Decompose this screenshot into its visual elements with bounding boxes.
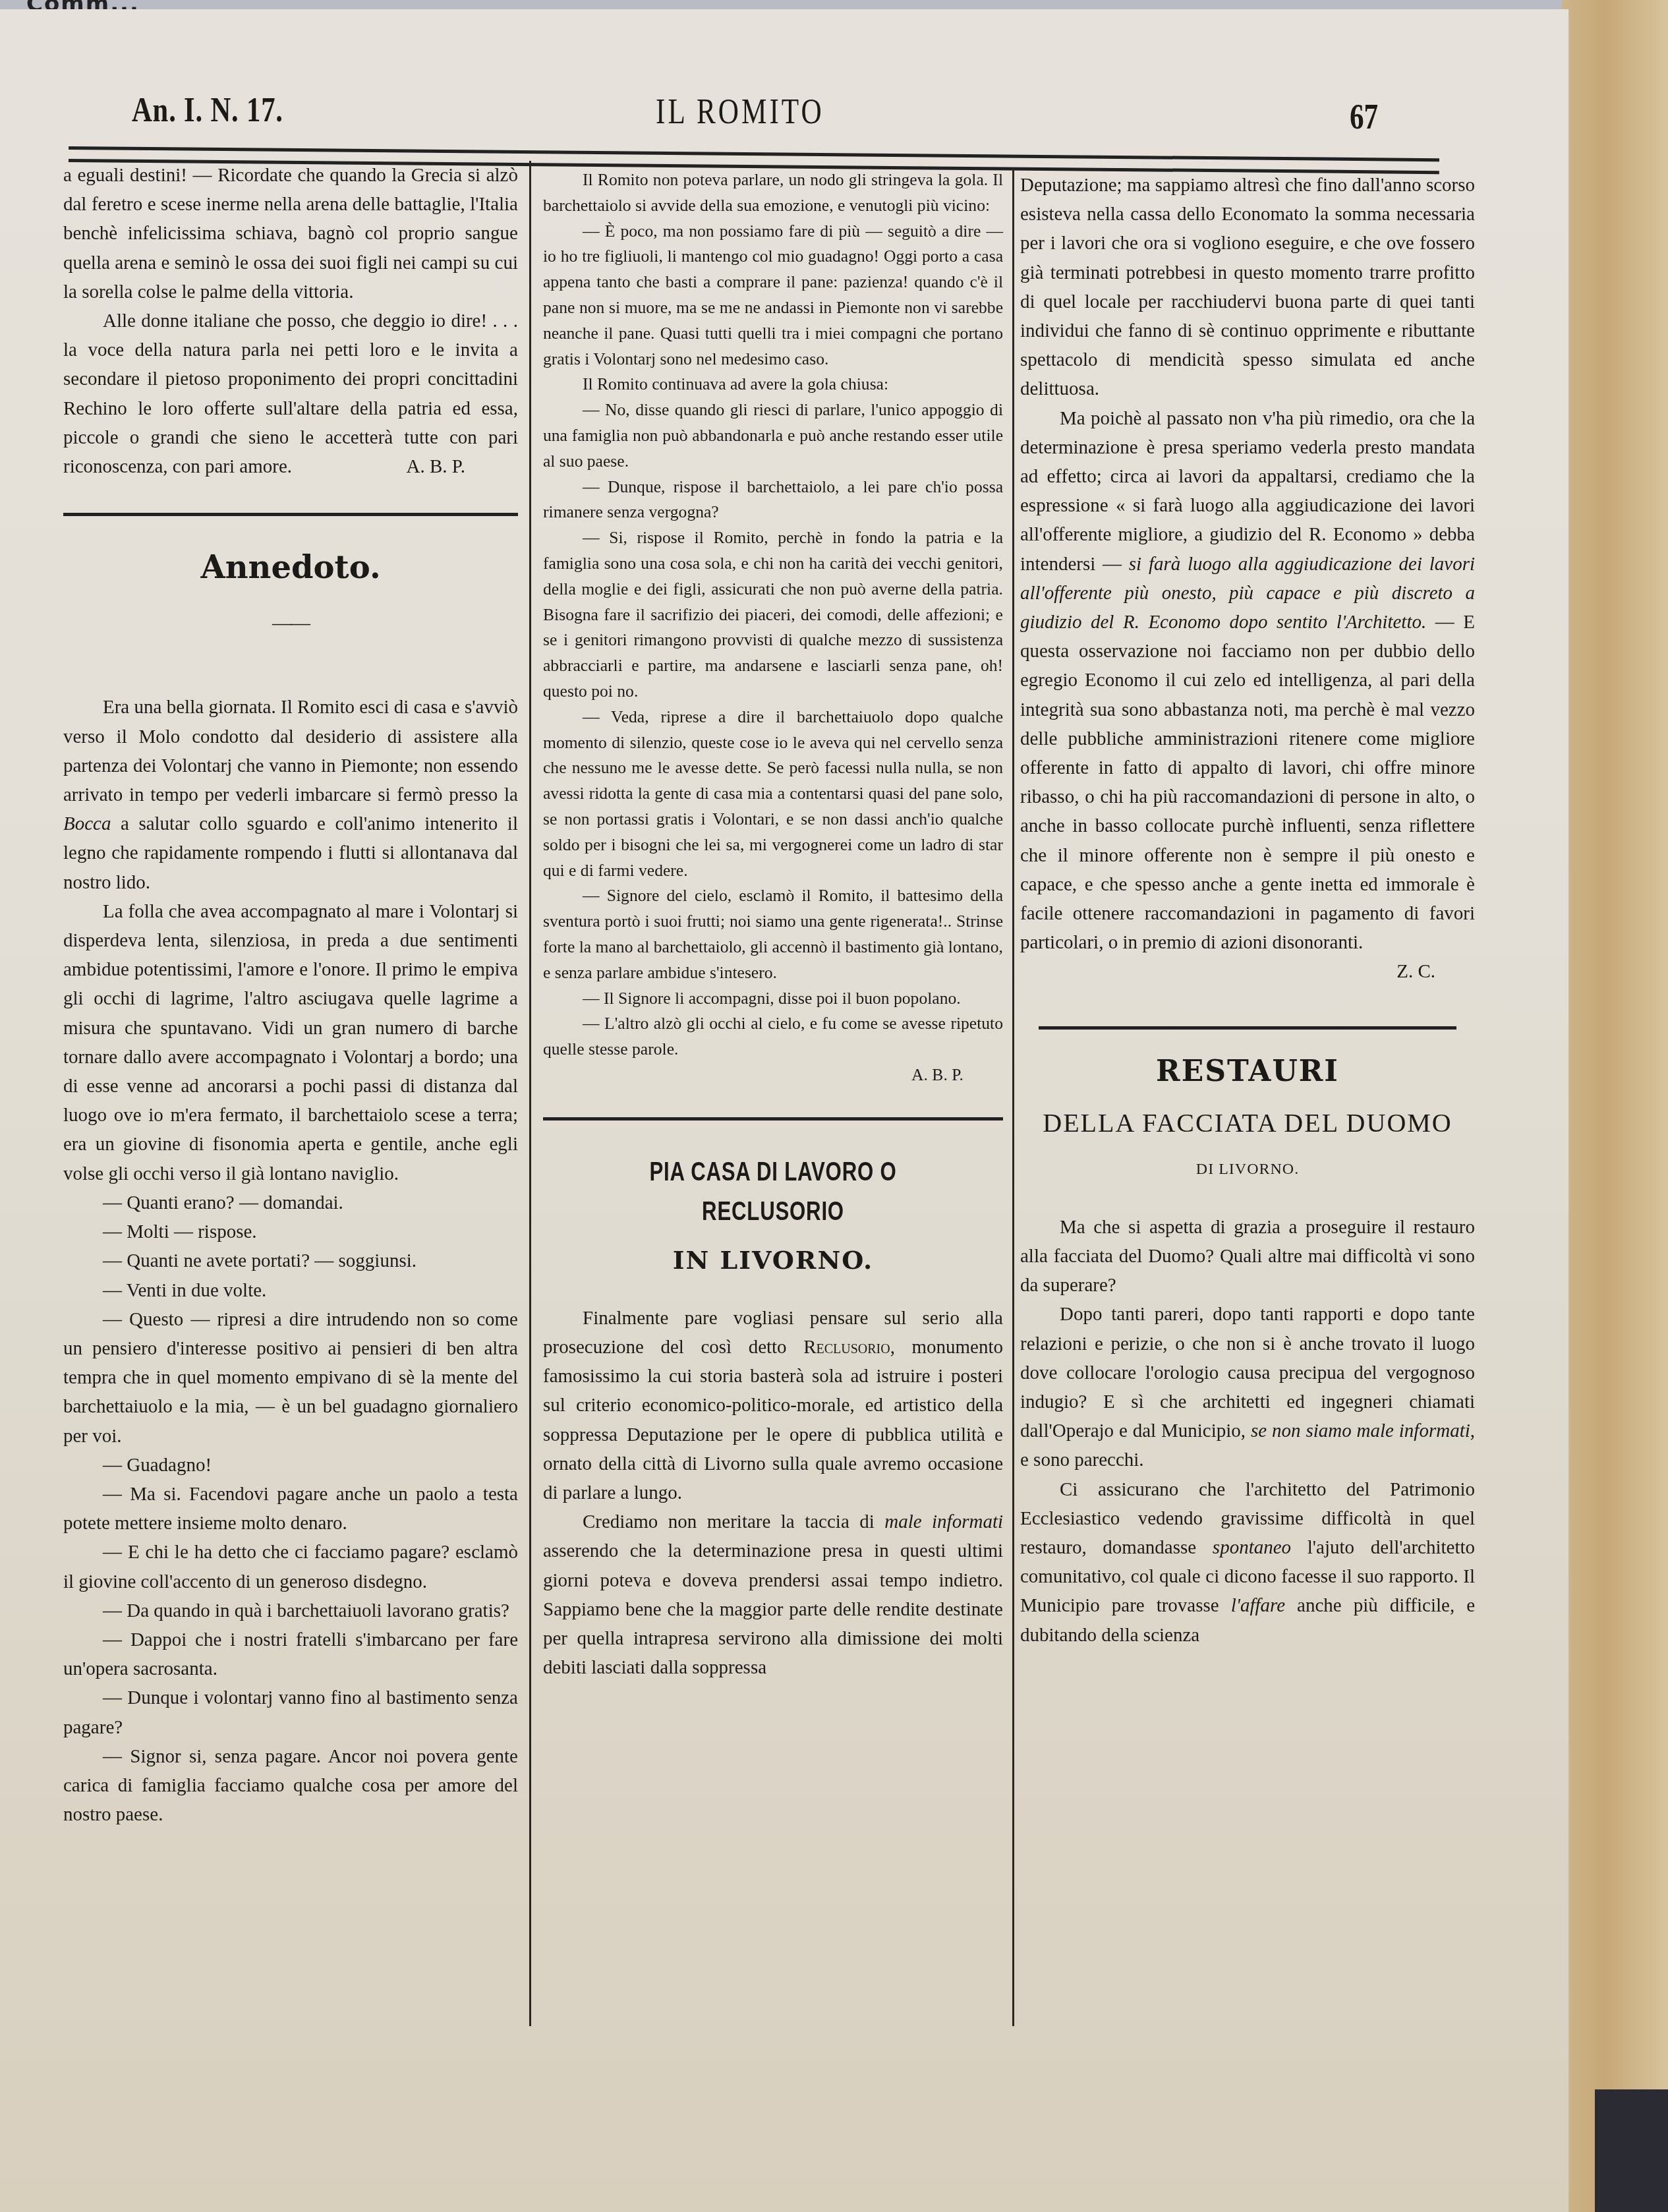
dialogue-line: — Guadagno! xyxy=(63,1451,518,1480)
paragraph: Dopo tanti pareri, dopo tanti rapporti e… xyxy=(1020,1300,1475,1474)
dialogue-line: — Ma si. Facendovi pagare anche un paolo… xyxy=(63,1480,518,1538)
paragraph: Il Romito continuava ad avere la gola ch… xyxy=(543,372,1003,397)
dialogue-line: — Da quando in quà i barchettaiuoli lavo… xyxy=(63,1596,518,1625)
paragraph: Il Romito non poteva parlare, un nodo gl… xyxy=(543,167,1003,219)
newspaper-page: An. I. N. 17. IL ROMITO 67 a eguali dest… xyxy=(0,9,1570,2212)
paragraph: Ma poichè al passato non v'ha più rimedi… xyxy=(1020,404,1475,958)
masthead: An. I. N. 17. IL ROMITO 67 xyxy=(0,82,1476,128)
section-divider xyxy=(63,513,518,516)
article-title-restauri: RESTAURI xyxy=(1020,1053,1475,1090)
backdrop-right xyxy=(1562,0,1668,2212)
article-subtitle-livorno: IN LIVORNO. xyxy=(543,1243,1003,1277)
paragraph: Finalmente pare vogliasi pensare sul ser… xyxy=(543,1304,1003,1507)
dialogue-line: — Signor si, senza pagare. Ancor noi pov… xyxy=(63,1742,518,1830)
backdrop-dark-corner xyxy=(1595,2089,1668,2212)
italic-word: Bocca xyxy=(63,813,111,834)
article-subtitle-facciata: DELLA FACCIATA DEL DUOMO xyxy=(1020,1105,1475,1142)
paragraph: Era una bella giornata. Il Romito esci d… xyxy=(63,693,518,896)
dialogue-line: — Quanti erano? — domandai. xyxy=(63,1188,518,1217)
issue-number: An. I. N. 17. xyxy=(132,91,283,130)
signature: A. B. P. xyxy=(543,1062,1003,1088)
article-subtitle-di-livorno: DI LIVORNO. xyxy=(1020,1156,1475,1182)
column-2: Il Romito non poteva parlare, un nodo gl… xyxy=(543,167,1003,1682)
article-title-annedoto: Annedoto. xyxy=(63,548,518,587)
newspaper-title: IL ROMITO xyxy=(656,91,824,132)
ornament-dash: —— xyxy=(63,614,518,633)
dialogue-line: — Signore del cielo, esclamò il Romito, … xyxy=(543,883,1003,985)
paragraph: Ma che si aspetta di grazia a proseguire… xyxy=(1020,1213,1475,1300)
paragraph: Deputazione; ma sappiamo altresì che fin… xyxy=(1020,171,1475,404)
italic-phrase: male informati xyxy=(884,1511,1003,1532)
dialogue-line: — Questo — ripresi a dire intrudendo non… xyxy=(63,1305,518,1451)
dialogue-line: — Dappoi che i nostri fratelli s'imbarca… xyxy=(63,1625,518,1683)
column-divider-2 xyxy=(1012,167,1014,2026)
paragraph: Crediamo non meritare la taccia di male … xyxy=(543,1507,1003,1682)
column-1: a eguali destini! — Ricordate che quando… xyxy=(63,161,518,1829)
italic-word: spontaneo xyxy=(1213,1537,1291,1558)
dialogue-line: — Quanti ne avete portati? — soggiunsi. xyxy=(63,1246,518,1275)
dialogue-line: — No, disse quando gli riesci di parlare… xyxy=(543,397,1003,474)
section-divider xyxy=(1039,1026,1457,1030)
page-number: 67 xyxy=(1350,96,1378,137)
italic-phrase: se non siamo male informati xyxy=(1251,1420,1470,1441)
dialogue-line: — È poco, ma non possiamo fare di più — … xyxy=(543,219,1003,372)
column-3: Deputazione; ma sappiamo altresì che fin… xyxy=(1020,171,1475,1650)
dialogue-line: — Dunque i volontarj vanno fino al basti… xyxy=(63,1683,518,1741)
dialogue-line: — Dunque, rispose il barchettaiolo, a le… xyxy=(543,475,1003,526)
signature: Z. C. xyxy=(1020,957,1475,986)
dialogue-line: — Si, rispose il Romito, perchè in fondo… xyxy=(543,525,1003,705)
section-divider xyxy=(543,1117,1003,1121)
dialogue-line: — Molti — rispose. xyxy=(63,1217,518,1246)
dialogue-line: — Il Signore li accompagni, disse poi il… xyxy=(543,986,1003,1012)
article-title-reclusorio: PIA CASA DI LAVORO O RECLUSORIO xyxy=(594,1152,952,1231)
dialogue-line: — L'altro alzò gli occhi al cielo, e fu … xyxy=(543,1011,1003,1062)
paragraph: La folla che avea accompagnato al mare i… xyxy=(63,897,518,1188)
paragraph: Ci assicurano che l'architetto del Patri… xyxy=(1020,1475,1475,1650)
column-divider-1 xyxy=(529,161,531,2026)
article-body: Finalmente pare vogliasi pensare sul ser… xyxy=(543,1304,1003,1683)
dialogue-line: — E chi le ha detto che ci facciamo paga… xyxy=(63,1538,518,1596)
dialogue-line: — Veda, riprese a dire il barchettaiuolo… xyxy=(543,705,1003,884)
dialogue-line: — Venti in due volte. xyxy=(63,1276,518,1305)
italic-word: l'affare xyxy=(1231,1595,1285,1616)
smallcaps-word: Reclusorio xyxy=(803,1337,890,1358)
paragraph: a eguali destini! — Ricordate che quando… xyxy=(63,161,518,306)
